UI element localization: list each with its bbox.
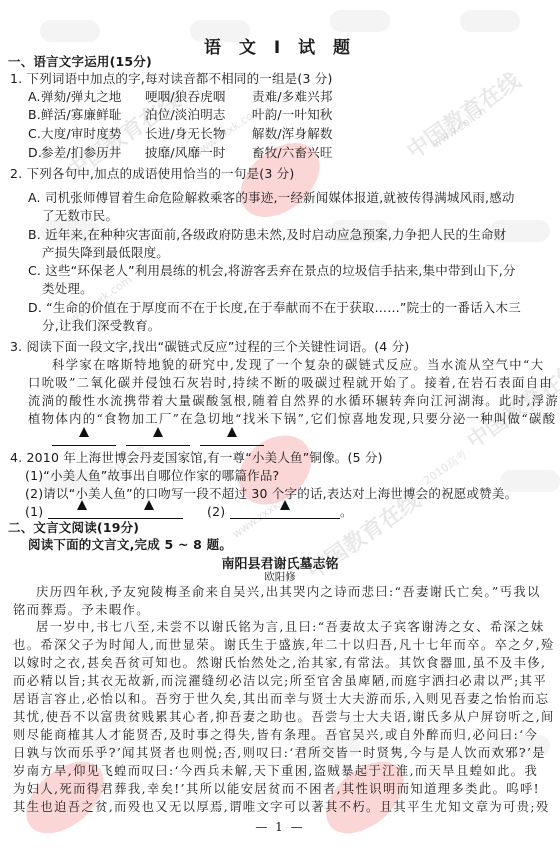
essay-line: 也。希深父子为时闻人,而世显荣。谢氏生于盛族,年二十以归吾,凡十七年而卒。卒之夕… bbox=[13, 637, 555, 653]
watermark-eol-url: www.eol.cn bbox=[430, 104, 489, 151]
section-2-intro: 阅读下面的文言文,完成 5 ~ 8 题。 bbox=[28, 537, 232, 553]
q1-option-a-pair3: 责难/多难兴邦 bbox=[252, 89, 333, 105]
q2-option-d-line1: D. “生命的价值在于厚度而不在于长度,在于奉献而不在于获取……”院士的一番话入… bbox=[28, 300, 521, 316]
q3-passage-line: 植物体内的“食物加工厂”在急切地“找米下锅”,它们惊喜地发现,只要分泌一种叫做“… bbox=[28, 411, 556, 427]
triangle-marker-icon bbox=[280, 500, 290, 510]
triangle-marker-icon bbox=[79, 427, 89, 437]
q4-sub2: (2)请以“小美人鱼”的口吻写一段不超过 30 个字的话,表达对上海世博会的祝愿… bbox=[25, 486, 517, 502]
essay-line: 其忧,使吾不以富贵贫贱累其心者,抑吾妻之助也。吾尝与士大夫语,谢氏多从户屏窃听之… bbox=[13, 709, 555, 725]
q3-stem: 3. 阅读下面一段文字,找出“碳链式反应”过程的三个关键性词语。(4 分) bbox=[10, 339, 409, 355]
q1-option-d-pair3: 畜牧/六畜兴旺 bbox=[252, 145, 333, 161]
q4-answer1-label: (1) bbox=[25, 504, 43, 520]
q1-option-d-pair2: 披靡/风靡一时 bbox=[145, 145, 226, 161]
q1-option-b-pair3: 叶韵/一叶知秋 bbox=[252, 107, 333, 123]
q1-option-c-pair3: 解数/浑身解数 bbox=[252, 126, 333, 142]
q1-option-d-label: D. bbox=[28, 145, 42, 161]
q2-option-b-line1: B. 近年来,在种种灾害面前,各级政府防患未然,及时启动应急预案,力争把人民的生… bbox=[28, 227, 506, 243]
watermark-logo bbox=[460, 10, 520, 32]
q4-sub1: (1)“小美人鱼”故事出自哪位作家的哪篇作品? bbox=[25, 468, 279, 484]
q2-option-a-line2: 了无数市民。 bbox=[42, 208, 118, 224]
exam-page: 中国教育在线 www.eol.cn 中国教育在线 中国教育在线 中国教育在线 w… bbox=[0, 0, 560, 859]
q1-option-d-pair1: 参差/扪参历井 bbox=[41, 145, 122, 161]
q2-option-b-line2: 产损失降到最低限度。 bbox=[42, 245, 169, 261]
essay-line: 其生也迫吾之贫,而殁也又无以厚焉,谓唯文字可以著其不朽。且其平生尤知文章为可贵;… bbox=[13, 799, 550, 815]
q1-stem: 1. 下列词语中加点的字,每对读音都不相同的一组是(3 分) bbox=[10, 71, 333, 87]
essay-line: 则尽能商榷其人才能贤否,及时事之得失,皆有条理。吾官吴兴,或自外醉而归,必问曰:… bbox=[13, 727, 538, 743]
q1-option-a-pair2: 哽咽/狼吞虎咽 bbox=[145, 89, 226, 105]
essay-line: 居一岁中,书七八至,未尝不以谢氏铭为言,且曰:“吾妻故太子宾客谢涛之女、希深之妹 bbox=[36, 619, 545, 635]
essay-author: 欧阳修 bbox=[0, 569, 560, 584]
q4-answer2-label: (2) bbox=[207, 504, 225, 520]
triangle-marker-icon bbox=[227, 427, 237, 437]
triangle-marker-icon bbox=[77, 500, 87, 510]
essay-line: 为妇人,死而得君葬我,幸矣!’其所以能安居贫而不困者,其性识明而知道理多类此。呜… bbox=[13, 781, 540, 797]
q3-passage-line: 科学家在喀斯特地貌的研究中,发现了一个复杂的碳链式反应。当水流从空气中“大 bbox=[52, 357, 544, 373]
essay-line: 岁南方旱,仰见飞蝗而叹曰:‘今西兵未解,天下重困,盗贼暴起于江淮,而天旱且蝗如此… bbox=[13, 763, 538, 779]
essay-line: 日孰与饮而乐乎?’闻其贤者也则悦;否,则叹曰:‘君所交皆一时贤隽,今与是人饮而欢… bbox=[13, 745, 546, 761]
section-1-heading: 一、语言文字运用(15分) bbox=[8, 54, 152, 70]
q3-passage-line: 口吮吸”二氧化碳并侵蚀石灰岩时,持续不断的吸碳过程就开始了。接着,在岩石表面自由 bbox=[28, 375, 553, 391]
q4-answer1-blank[interactable] bbox=[48, 504, 183, 519]
triangle-marker-icon bbox=[153, 427, 163, 437]
q1-option-b-label: B. bbox=[28, 107, 41, 123]
q1-option-a-label: A. bbox=[28, 89, 41, 105]
watermark-eol-cn: 中国教育在线 bbox=[400, 64, 526, 165]
triangle-marker-icon bbox=[144, 500, 154, 510]
essay-line: 而必精以旨;其衣无故新,而浣濯缝纫必洁以完;所至官舍虽庳陋,而庭宇洒扫必肃以严;… bbox=[13, 673, 547, 689]
q3-answer-blank-1[interactable] bbox=[52, 431, 116, 446]
q3-answer-blank-2[interactable] bbox=[126, 431, 190, 446]
q1-option-a-pair1: 弹劾/弹丸之地 bbox=[41, 89, 122, 105]
q2-option-d-line2: 分,让我们深受教育。 bbox=[42, 318, 160, 334]
q1-option-b-pair2: 泊位/淡泊明志 bbox=[145, 107, 226, 123]
q2-option-c-line1: C. 这些“环保老人”利用晨练的机会,将游客丢弃在景点的垃圾信手拈来,集中带到山… bbox=[28, 263, 516, 279]
q3-passage-line: 流淌的酸性水流携带着大量碳酸氢根,随着自然界的水循环辗转奔向江河湖海。此时,浮游 bbox=[28, 393, 559, 409]
essay-line: 居语言容止,必怡以和。吾穷于世久矣,其出而幸与贤士大夫游而乐,入则见吾妻之怡怡而… bbox=[13, 691, 549, 707]
q2-option-c-line2: 类处理。 bbox=[42, 281, 93, 297]
page-number: — 1 — bbox=[0, 820, 560, 834]
q1-option-c-pair2: 长进/身无长物 bbox=[145, 126, 226, 142]
essay-line: 庆历四年秋,予友宛陵梅圣俞来自吴兴,出其哭内之诗而悲曰:“吾妻谢氏亡矣。”丐我以 bbox=[36, 584, 541, 600]
watermark-logo bbox=[330, 10, 390, 32]
essay-line: 以嫁时之衣,甚矣吾贫可知也。然谢氏怡然处之,治其家,有常法。其饮食器皿,虽不及丰… bbox=[13, 655, 546, 671]
q3-answer-blank-3[interactable] bbox=[200, 431, 264, 446]
q4-answer2-blank[interactable] bbox=[230, 504, 340, 519]
essay-line: 铭而葬焉。予未暇作。 bbox=[13, 602, 150, 618]
q2-stem: 2. 下列各句中,加点的成语使用恰当的一句是(3 分) bbox=[10, 166, 294, 182]
section-2-heading: 二、文言文阅读(19分) bbox=[8, 520, 139, 536]
q1-option-b-pair1: 鲜活/寡廉鲜耻 bbox=[41, 107, 122, 123]
q1-option-c-label: C. bbox=[28, 126, 41, 142]
q4-answer2-end: 。 bbox=[340, 504, 353, 520]
watermark-gaokao: 2010高考 bbox=[420, 446, 470, 488]
q1-option-c-pair1: 大度/审时度势 bbox=[41, 126, 122, 142]
q2-option-a-line1: A. 司机张师傅冒着生命危险解救乘客的事迹,一经新闻媒体报道,就被传得满城风雨,… bbox=[28, 190, 515, 206]
q4-stem: 4. 2010 年上海世博会丹麦国家馆,有一尊“小美人鱼”铜像。(5 分) bbox=[10, 450, 383, 466]
